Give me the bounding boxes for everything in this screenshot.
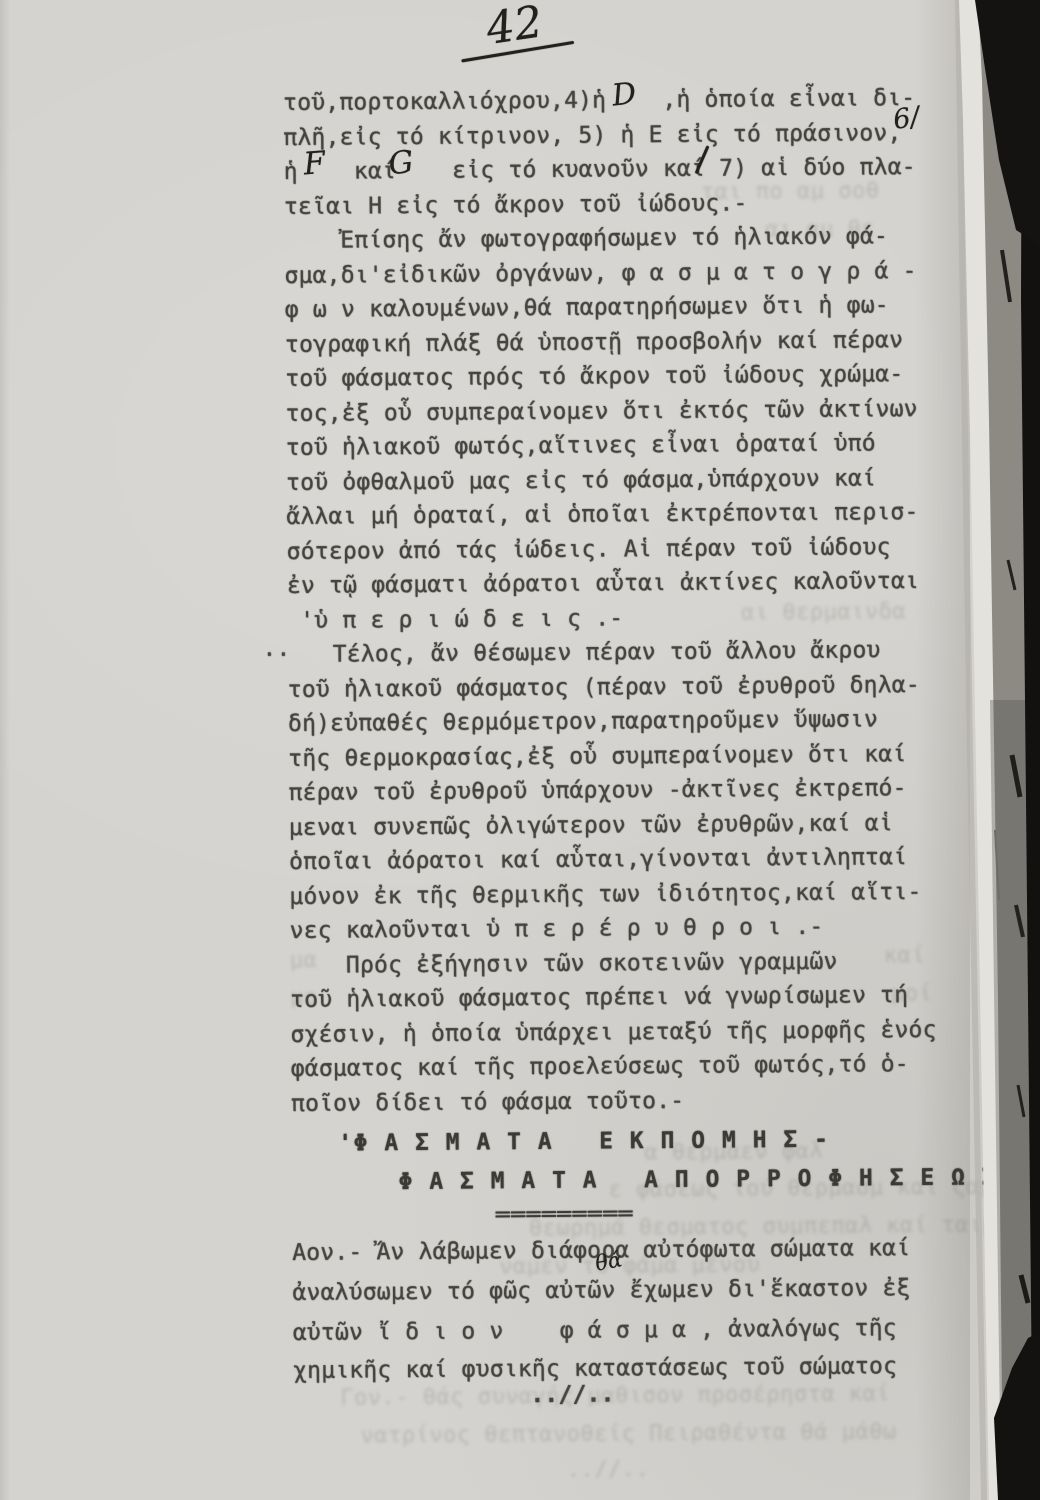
scanned-page: ται πο αμ σοθαι αμ θεαι θερμαινδαμακαίμο… (0, 0, 1040, 1500)
scanned-book-photo: { "document": { "page_number": "42", "ty… (0, 0, 1040, 1500)
book-binding-edge (0, 0, 1040, 1500)
